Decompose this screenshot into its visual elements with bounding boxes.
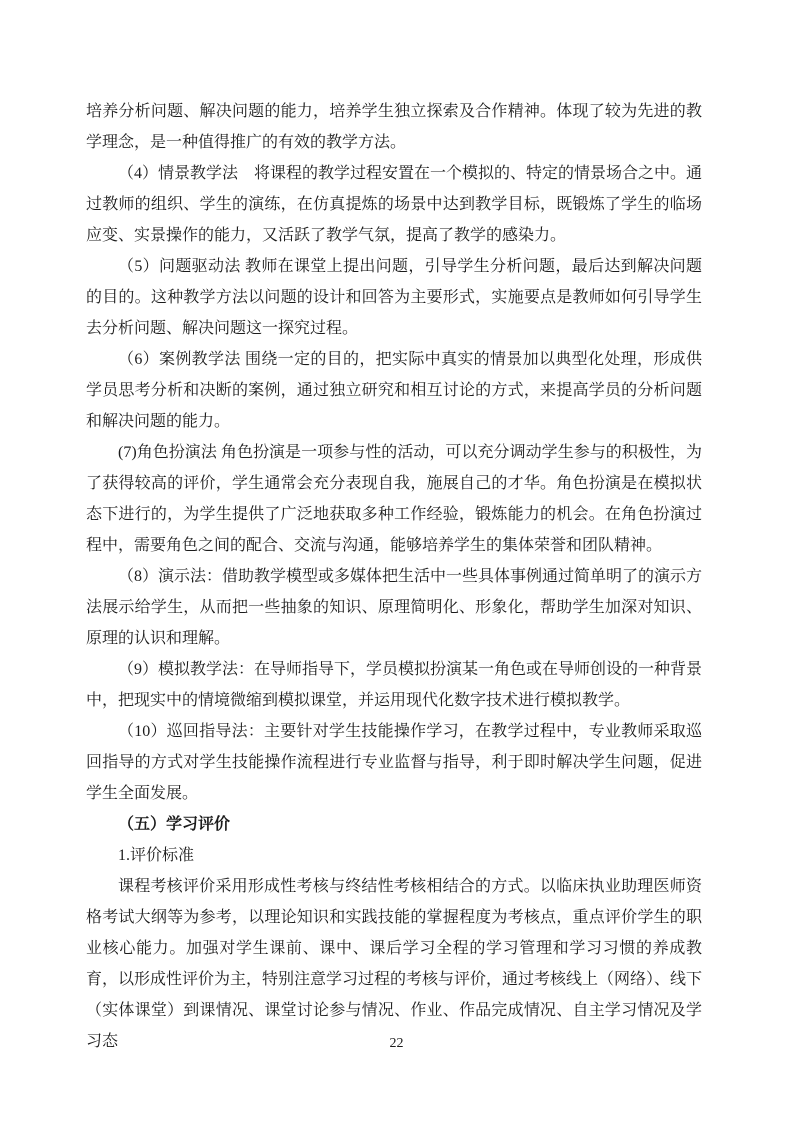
page-number: 22 <box>390 1036 404 1051</box>
teaching-method-item-9: （9）模拟教学法：在导师指导下，学员模拟扮演某一角色或在导师创设的一种背景中，把… <box>86 654 702 716</box>
teaching-method-item-5: （5）问题驱动法 教师在课堂上提出问题，引导学生分析问题，最后达到解决问题的目的… <box>86 251 702 344</box>
teaching-method-item-8: （8）演示法：借助教学模型或多媒体把生活中一些具体事例通过简单明了的演示方法展示… <box>86 561 702 654</box>
document-page: 培养分析问题、解决问题的能力，培养学生独立探索及合作精神。体现了较为先进的教学理… <box>0 0 793 1122</box>
text-block: 培养分析问题、解决问题的能力，培养学生独立探索及合作精神。体现了较为先进的教学理… <box>86 96 702 1057</box>
continuation-paragraph: 培养分析问题、解决问题的能力，培养学生独立探索及合作精神。体现了较为先进的教学理… <box>86 96 702 158</box>
subsection-label-evaluation-criteria: 1.评价标准 <box>86 840 702 871</box>
teaching-method-item-4: （4）情景教学法 将课程的教学过程安置在一个模拟的、特定的情景场合之中。通过教师… <box>86 158 702 251</box>
evaluation-criteria-paragraph: 课程考核评价采用形成性考核与终结性考核相结合的方式。以临床执业助理医师资格考试大… <box>86 871 702 1057</box>
teaching-method-item-7: (7)角色扮演法 角色扮演是一项参与性的活动，可以充分调动学生参与的积极性，为了… <box>86 437 702 561</box>
teaching-method-item-10: （10）巡回指导法：主要针对学生技能操作学习，在教学过程中，专业教师采取巡回指导… <box>86 716 702 809</box>
section-heading-learning-evaluation: （五）学习评价 <box>86 809 702 840</box>
teaching-method-item-6: （6）案例教学法 围绕一定的目的，把实际中真实的情景加以典型化处理，形成供学员思… <box>86 344 702 437</box>
page-footer: 22 <box>0 1034 793 1054</box>
